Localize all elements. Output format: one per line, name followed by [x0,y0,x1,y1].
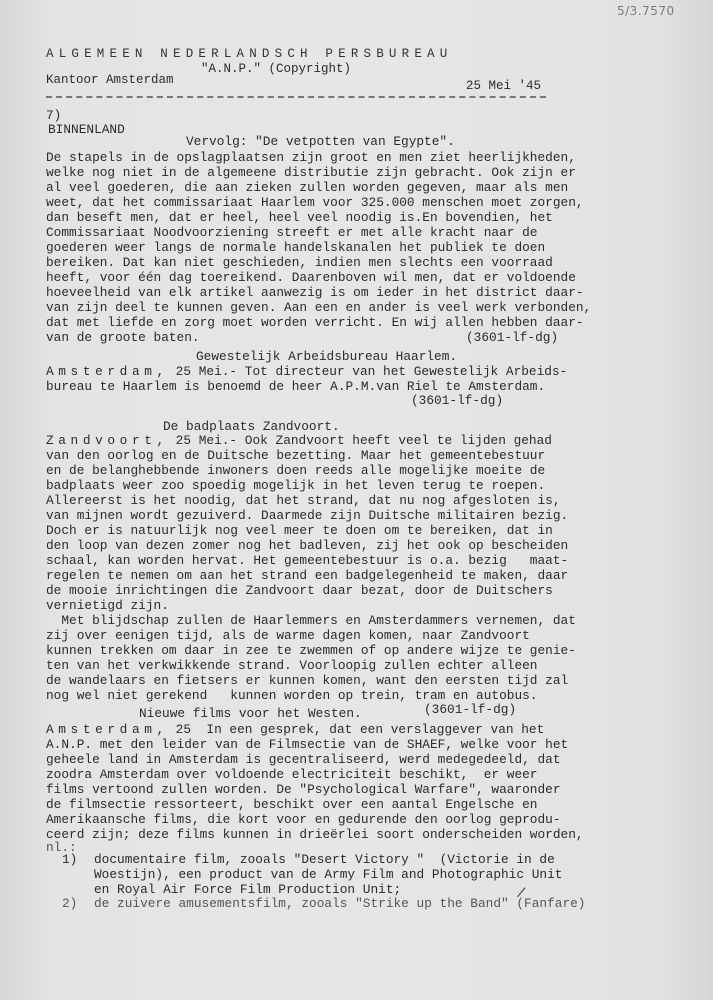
reference-code: (3601-lf-dg) [411,393,503,408]
article-title: Gewestelijk Arbeidsbureau Haarlem. [196,349,457,364]
body-line: zoodra Amsterdam over voldoende electric… [46,767,537,782]
dateline: Zandvoort, [46,433,169,448]
body-line: van mijnen wordt gezuiverd. Daarmede zij… [46,508,568,523]
body-line: zij over eenigen tijd, als de warme dage… [46,628,530,643]
body-line: 25 Mei.- Tot directeur van het Gewesteli… [168,364,567,379]
reference-code: (3601-lf-dg) [466,330,558,345]
article-title: Vervolg: "De vetpotten van Egypte". [186,134,455,149]
body-line: films vertoond zullen worden. De "Psycho… [46,782,561,797]
body-line: bereiken. Dat kan niet geschieden, indie… [46,255,553,270]
body-line: de wandelaars en fietsers er kunnen kome… [46,673,568,688]
body-line: welke nog niet in de algemeene distribut… [46,165,576,180]
body-line: bureau te Haarlem is benoemd de heer A.P… [46,379,545,394]
list-marker: 2) [62,896,77,911]
document-page: 5/3.7570 ALGEMEEN NEDERLANDSCH PERSBUREA… [0,0,713,1000]
section-label: BINNENLAND [48,122,125,137]
agency-name: ALGEMEEN NEDERLANDSCH PERSBUREAU [46,47,452,61]
pen-check-mark-icon [509,881,525,897]
list-line: en Royal Air Force Film Production Unit; [94,882,401,897]
document-date: 25 Mei '45 [466,79,541,93]
body-line: Doch er is natuurlijk nog veel meer te d… [46,523,553,538]
list-line: Woestijn), een product van de Army Film … [94,867,562,882]
body-line: 25 In een gesprek, dat een verslaggever … [168,722,544,737]
body-line: vernietigd zijn. [46,598,169,613]
reference-code: (3601-lf-dg) [424,702,516,717]
body-line: de mooie inrichtingen die Zandvoort daar… [46,583,553,598]
body-line: van zijn deel te kunnen geven. Aan een e… [46,300,591,315]
office-name: Kantoor Amsterdam [46,73,174,87]
body-line: de filmsectie ressorteert, beschikt over… [46,797,537,812]
body-line: Met blijdschap zullen de Haarlemmers en … [46,613,576,628]
body-line: van den oorlog en de Duitsche bezetting.… [46,448,545,463]
archive-number: 5/3.7570 [617,4,675,18]
dateline: Amsterdam, [46,364,169,379]
body-line: 25 Mei.- Ook Zandvoort heeft veel te lij… [168,433,552,448]
body-line: Allereerst is het noodig, dat het strand… [46,493,561,508]
body-line: goederen weer langs de normale handelska… [46,240,545,255]
agency-sub: "A.N.P." (Copyright) [201,62,351,76]
header-divider [46,96,546,98]
body-line: weet, dat het commissariaat Haarlem voor… [46,195,584,210]
body-line: A.N.P. met den leider van de Filmsectie … [46,737,568,752]
body-line: regelen te nemen om aan het strand een b… [46,568,568,583]
body-line: kunnen trekken om daar in zee te zwemmen… [46,643,576,658]
body-line: dan beseft men, dat er heel, heel veel n… [46,210,553,225]
body-line: Amerikaansche films, die kort voor en ge… [46,812,561,827]
article-title: Nieuwe films voor het Westen. [139,706,362,721]
body-line: ten van het verkwikkende strand. Voorloo… [46,658,537,673]
body-line: geheele land in Amsterdam is gecentralis… [46,752,561,767]
dateline: Amsterdam, [46,722,169,737]
article-title: De badplaats Zandvoort. [163,419,340,434]
body-line: al veel goederen, die aan zieken zullen … [46,180,568,195]
body-line: den loop van dezen zomer nog het badleve… [46,538,568,553]
list-line: de zuivere amusementsfilm, zooals "Strik… [94,896,585,911]
body-line: heeft, voor één dag toereikend. Daarenbo… [46,270,576,285]
body-line: hoeveelheid van elk artikel aanwezig is … [46,285,584,300]
body-line: schaal, kan worden hervat. Het gemeenteb… [46,553,568,568]
body-line: ceerd zijn; deze films kunnen in drieërl… [46,827,584,842]
section-number: 7) [46,108,61,123]
body-line: van de groote baten. [46,330,200,345]
list-marker: 1) [62,852,77,867]
body-line: dat met liefde en zorg moet worden verri… [46,315,584,330]
body-line: badplaats weer zoo spoedig mogelijk in h… [46,478,545,493]
body-line: nog wel niet gerekend kunnen worden op t… [46,688,537,703]
body-line: Commissariaat Noodvoorziening streeft er… [46,225,537,240]
list-line: documentaire film, zooals "Desert Victor… [94,852,555,867]
body-line: en de belanghebbende inwoners doen reeds… [46,463,545,478]
body-line: De stapels in de opslagplaatsen zijn gro… [46,150,576,165]
